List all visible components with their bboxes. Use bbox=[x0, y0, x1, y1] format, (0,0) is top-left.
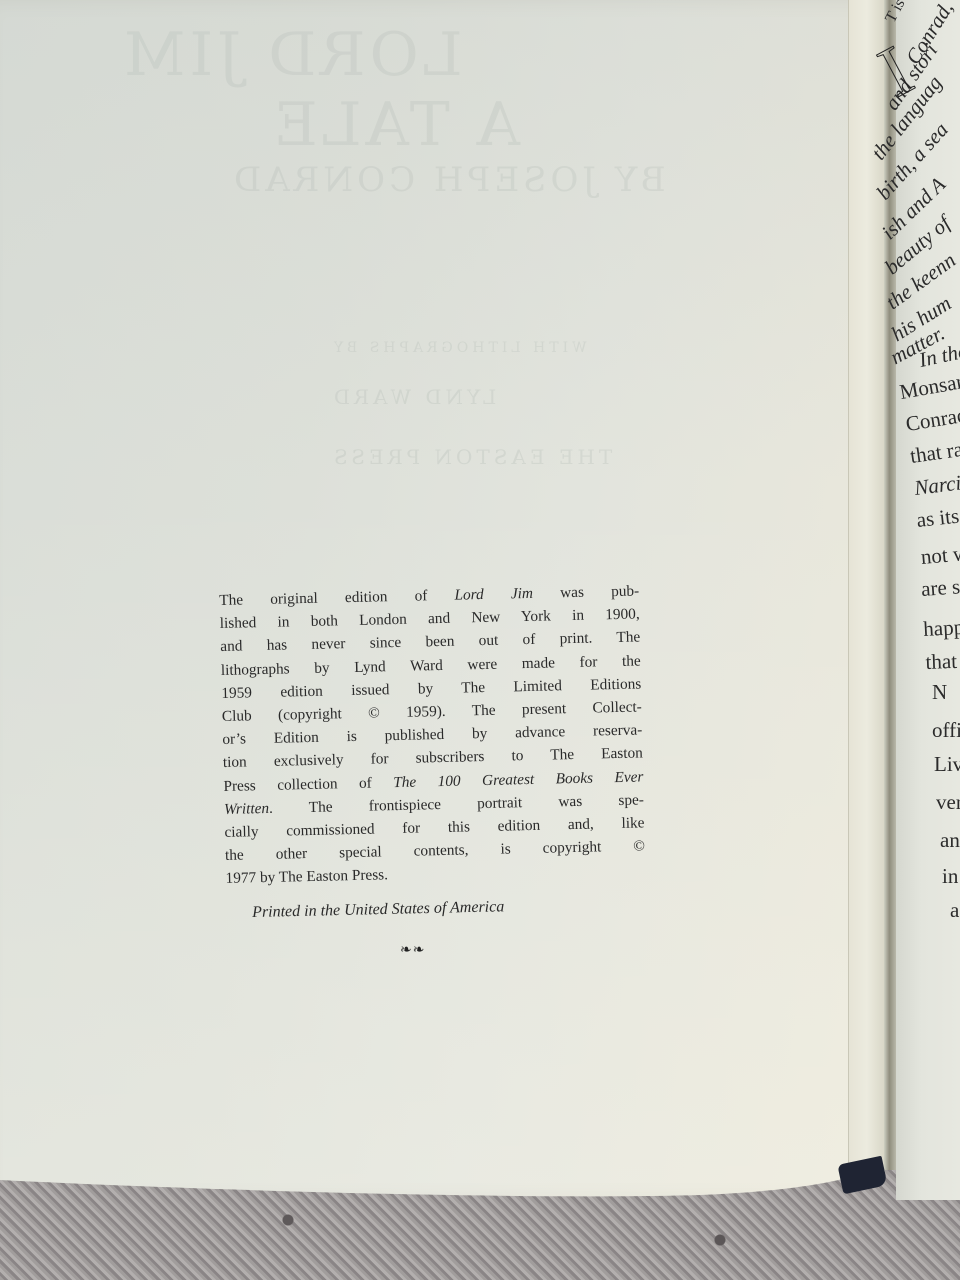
collection-title: The 100 Greatest Books Ever bbox=[393, 768, 644, 791]
right-line: happ bbox=[923, 615, 960, 642]
bleed-through-subtitle: A TALE bbox=[270, 90, 520, 160]
right-line: in bbox=[942, 864, 958, 889]
collection-title-cont: Written bbox=[224, 800, 269, 818]
right-line: that bbox=[925, 649, 957, 675]
bleed-through-illustrator: LYND WARD bbox=[330, 385, 496, 409]
bleed-through-credit: WITH LITHOGRAPHS BY bbox=[330, 340, 587, 356]
bleed-through-author: BY JOSEPH CONRAD bbox=[230, 160, 666, 200]
colophon-paragraph: The original edition of Lord Jim was pub… bbox=[219, 579, 646, 890]
right-line: not w bbox=[920, 541, 960, 570]
bleed-through-publisher: THE EASTON PRESS bbox=[330, 445, 612, 469]
right-line: Conrad bbox=[904, 403, 960, 437]
right-line: T is bbox=[882, 0, 909, 26]
right-line: Liv bbox=[934, 752, 960, 777]
book-title-lord-jim: Lord Jim bbox=[454, 585, 533, 604]
right-line: N bbox=[932, 680, 947, 705]
bleed-through-title: LORD JIM bbox=[120, 20, 463, 90]
right-line: are st bbox=[920, 574, 960, 602]
right-line: ver bbox=[936, 790, 960, 815]
right-page-text: T is Conrad, and stori the languag birth… bbox=[870, 0, 960, 960]
right-line: Monsar bbox=[898, 369, 960, 405]
right-line: an bbox=[940, 828, 960, 853]
right-line: offic bbox=[932, 718, 960, 743]
right-line: a bbox=[950, 898, 959, 923]
right-line: that ra bbox=[909, 437, 960, 469]
right-line: as its b bbox=[915, 502, 960, 533]
fleuron-ornament-icon: ❧❧ bbox=[400, 942, 425, 958]
right-line: Narcis bbox=[913, 469, 960, 501]
